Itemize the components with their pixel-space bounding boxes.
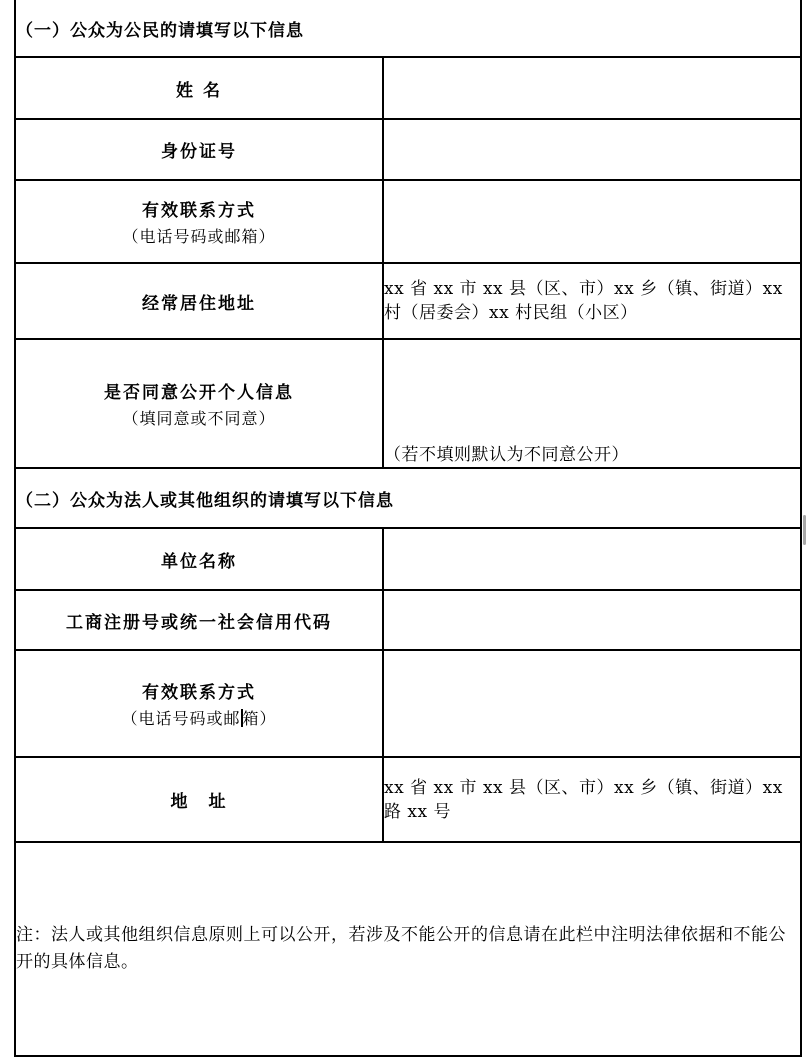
scrollbar-thumb[interactable] <box>803 515 806 545</box>
consent-label-cell: 是否同意公开个人信息 （填同意或不同意） <box>15 339 383 468</box>
org-name-label-cell: 单位名称 <box>15 528 383 590</box>
consent-input-cell[interactable]: （若不填则默认为不同意公开） <box>383 339 801 468</box>
org-contact-input-cell[interactable] <box>383 650 801 757</box>
org-contact-sublabel-after: 箱） <box>243 709 277 728</box>
residence-input-cell[interactable]: xx 省 xx 市 xx 县（区、市）xx 乡（镇、街道）xx 村（居委会）xx… <box>383 263 801 339</box>
name-label-cell: 姓 名 <box>15 57 383 119</box>
contact-label-cell: 有效联系方式 （电话号码或邮箱） <box>15 180 383 263</box>
org-address-input-cell[interactable]: xx 省 xx 市 xx 县（区、市）xx 乡（镇、街道）xx 路 xx 号 <box>383 757 801 842</box>
document-page: （一）公众为公民的请填写以下信息 姓 名 身份证号 有效联系方式 （电话号码或邮… <box>0 0 810 1063</box>
org-contact-sublabel-before: （电话号码或邮 <box>121 709 240 728</box>
id-number-input-cell[interactable] <box>383 119 801 180</box>
org-contact-label: 有效联系方式 <box>142 683 256 703</box>
note-cell[interactable]: 注：法人或其他组织信息原则上可以公开，若涉及不能公开的信息请在此栏中注明法律依据… <box>15 842 801 1056</box>
residence-label-cell: 经常居住地址 <box>15 263 383 339</box>
consent-label: 是否同意公开个人信息 <box>104 383 294 403</box>
contact-input-cell[interactable] <box>383 180 801 263</box>
org-name-input-cell[interactable] <box>383 528 801 590</box>
section2-header: （二）公众为法人或其他组织的请填写以下信息 <box>15 468 801 528</box>
org-contact-label-cell: 有效联系方式 （电话号码或邮箱） <box>15 650 383 757</box>
consent-sublabel: （填同意或不同意） <box>16 406 382 429</box>
contact-sublabel: （电话号码或邮箱） <box>16 224 382 247</box>
section1-header: （一）公众为公民的请填写以下信息 <box>15 0 801 57</box>
name-input-cell[interactable] <box>383 57 801 119</box>
reg-number-input-cell[interactable] <box>383 590 801 650</box>
org-address-label-cell: 地 址 <box>15 757 383 842</box>
reg-number-label-cell: 工商注册号或统一社会信用代码 <box>15 590 383 650</box>
org-contact-sublabel: （电话号码或邮箱） <box>16 706 382 729</box>
contact-label: 有效联系方式 <box>142 201 256 221</box>
id-number-label-cell: 身份证号 <box>15 119 383 180</box>
request-form-table: （一）公众为公民的请填写以下信息 姓 名 身份证号 有效联系方式 （电话号码或邮… <box>14 0 802 1057</box>
